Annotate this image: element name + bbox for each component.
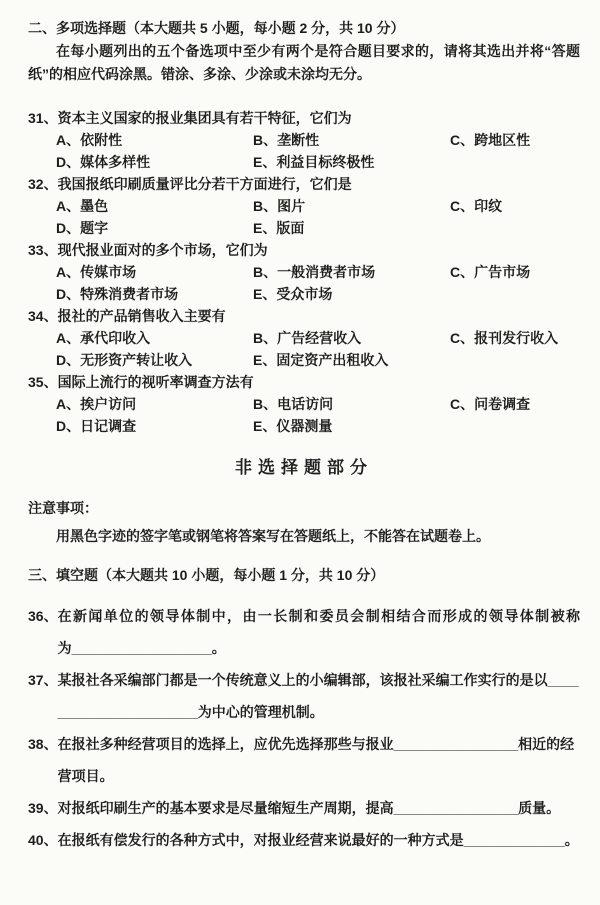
option-b: B、电话访问 [253, 393, 450, 415]
notes-body: 用黑色字迹的签字笔或钢笔将答案写在答题纸上，不能答在试题卷上。 [28, 521, 580, 551]
option-e: E、固定资产出租收入 [253, 349, 450, 371]
question-line: 某报社各采编部门都是一个传统意义上的小编辑部，该报社采编工作实行的是以____ [58, 664, 580, 696]
question-line: 对报纸印刷生产的基本要求是尽量缩短生产周期，提高________________… [58, 792, 580, 824]
question-number: 33、 [28, 239, 58, 261]
option-a: A、传媒市场 [56, 261, 253, 283]
option-a: A、挨户访问 [56, 393, 253, 415]
question-number: 37、 [28, 664, 58, 728]
option-c: C、跨地区性 [450, 129, 580, 151]
option-a: A、依附性 [56, 129, 253, 151]
question-number: 35、 [28, 371, 58, 393]
option-a: A、承代印收入 [56, 327, 253, 349]
non-mc-section-heading: 非选择题部分 [28, 454, 580, 482]
mc-question: 31、 资本主义国家的报业集团具有若干特征，它们为 A、依附性 B、垄断性 C、… [28, 107, 580, 173]
option-a: A、墨色 [56, 195, 253, 217]
instruction-line-2: 纸”的相应代码涂黑。错涂、多涂、少涂或未涂均无分。 [28, 63, 580, 86]
option-b: B、广告经营收入 [253, 327, 450, 349]
option-d: D、特殊消费者市场 [56, 283, 253, 305]
question-number: 32、 [28, 173, 58, 195]
question-line: 营项目。 [58, 760, 580, 792]
notes-title: 注意事项： [28, 495, 580, 521]
notes-block: 注意事项： 用黑色字迹的签字笔或钢笔将答案写在答题纸上，不能答在试题卷上。 [28, 495, 580, 551]
section2-heading: 二、多项选择题（本大题共 5 小题，每小题 2 分，共 10 分） [28, 16, 580, 40]
question-number: 40、 [28, 824, 58, 856]
option-c: C、印纹 [450, 195, 580, 217]
option-c: C、问卷调查 [450, 393, 580, 415]
question-line: 为__________________。 [58, 632, 580, 664]
question-text: 某报社各采编部门都是一个传统意义上的小编辑部，该报社采编工作实行的是以_____… [58, 664, 580, 728]
question-text: 在报社多种经营项目的选择上，应优先选择那些与报业________________… [58, 728, 580, 792]
option-e: E、利益目标终极性 [253, 151, 450, 173]
mc-question: 32、 我国报纸印刷质量评比分若干方面进行，它们是 A、墨色 B、图片 C、印纹… [28, 173, 580, 239]
question-stem: 报社的产品销售收入主要有 [58, 305, 580, 327]
question-number: 36、 [28, 600, 58, 664]
option-b: B、图片 [253, 195, 450, 217]
question-number: 31、 [28, 107, 58, 129]
question-stem: 现代报业面对的多个市场，它们为 [58, 239, 580, 261]
question-stem: 资本主义国家的报业集团具有若干特征，它们为 [58, 107, 580, 129]
question-number: 34、 [28, 305, 58, 327]
question-text: 在新闻单位的领导体制中，由一长制和委员会制相结合而形成的领导体制被称为_____… [58, 600, 580, 664]
question-number: 38、 [28, 728, 58, 792]
fill-in-questions: 36、 在新闻单位的领导体制中，由一长制和委员会制相结合而形成的领导体制被称为_… [28, 600, 580, 856]
question-line: 在报纸有偿发行的各种方式中，对报业经营来说最好的一种方式是___________… [58, 824, 580, 856]
question-text: 在报纸有偿发行的各种方式中，对报业经营来说最好的一种方式是___________… [58, 824, 580, 856]
question-text: 对报纸印刷生产的基本要求是尽量缩短生产周期，提高________________… [58, 792, 580, 824]
option-d: D、日记调查 [56, 415, 253, 437]
fill-in-question: 39、 对报纸印刷生产的基本要求是尽量缩短生产周期，提高____________… [28, 792, 580, 824]
option-c: C、报刊发行收入 [450, 327, 580, 349]
option-d: D、题字 [56, 217, 253, 239]
option-e: E、受众市场 [253, 283, 450, 305]
mc-question: 33、 现代报业面对的多个市场，它们为 A、传媒市场 B、一般消费者市场 C、广… [28, 239, 580, 305]
fill-in-question: 40、 在报纸有偿发行的各种方式中，对报业经营来说最好的一种方式是_______… [28, 824, 580, 856]
option-c: C、广告市场 [450, 261, 580, 283]
section3-heading: 三、填空题（本大题共 10 小题，每小题 1 分，共 10 分） [28, 562, 580, 588]
mc-question: 35、 国际上流行的视听率调查方法有 A、挨户访问 B、电话访问 C、问卷调查 … [28, 371, 580, 437]
mc-question: 34、 报社的产品销售收入主要有 A、承代印收入 B、广告经营收入 C、报刊发行… [28, 305, 580, 371]
option-b: B、一般消费者市场 [253, 261, 450, 283]
question-number: 39、 [28, 792, 58, 824]
question-line: 在新闻单位的领导体制中，由一长制和委员会制相结合而形成的领导体制被称 [58, 600, 580, 632]
multiple-choice-questions: 31、 资本主义国家的报业集团具有若干特征，它们为 A、依附性 B、垄断性 C、… [28, 107, 580, 437]
question-stem: 我国报纸印刷质量评比分若干方面进行，它们是 [58, 173, 580, 195]
question-line: __________________为中心的管理机制。 [58, 696, 580, 728]
option-e: E、版面 [253, 217, 450, 239]
instruction-line-1: 在每小题列出的五个备选项中至少有两个是符合题目要求的，请将其选出并将“答题 [28, 40, 580, 63]
option-e: E、仪器测量 [253, 415, 450, 437]
fill-in-question: 36、 在新闻单位的领导体制中，由一长制和委员会制相结合而形成的领导体制被称为_… [28, 600, 580, 664]
fill-in-question: 37、 某报社各采编部门都是一个传统意义上的小编辑部，该报社采编工作实行的是以_… [28, 664, 580, 728]
exam-paper-page: 二、多项选择题（本大题共 5 小题，每小题 2 分，共 10 分） 在每小题列出… [0, 0, 600, 905]
question-line: 在报社多种经营项目的选择上，应优先选择那些与报业________________… [58, 728, 580, 760]
fill-in-question: 38、 在报社多种经营项目的选择上，应优先选择那些与报业____________… [28, 728, 580, 792]
section2-instructions: 在每小题列出的五个备选项中至少有两个是符合题目要求的，请将其选出并将“答题 纸”… [28, 40, 580, 86]
option-d: D、媒体多样性 [56, 151, 253, 173]
option-b: B、垄断性 [253, 129, 450, 151]
option-d: D、无形资产转让收入 [56, 349, 253, 371]
question-stem: 国际上流行的视听率调查方法有 [58, 371, 580, 393]
